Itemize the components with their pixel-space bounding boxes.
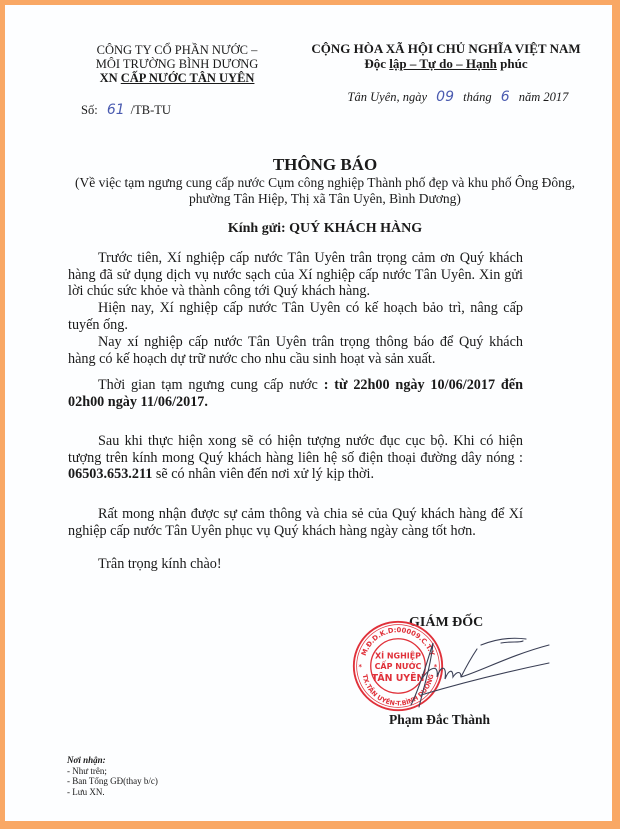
notice-title: THÔNG BÁO xyxy=(65,155,585,175)
issuer-line-1: CÔNG TY CỔ PHẦN NƯỚC – xyxy=(77,43,277,57)
recipients-header: Nơi nhận: xyxy=(67,755,158,766)
paragraph-thanks: Trước tiên, Xí nghiệp cấp nước Tân Uyên … xyxy=(68,250,523,300)
national-header: CỘNG HÒA XÃ HỘI CHỦ NGHĨA VIỆT NAM Độc l… xyxy=(301,41,591,71)
issuer-unit: CẤP NƯỚC TÂN UYÊN xyxy=(121,71,255,85)
recipient-item: - Ban Tổng GĐ(thay b/c) xyxy=(67,776,158,787)
motto-suffix: phúc xyxy=(497,56,528,71)
hotline-number: 06503.653.211 xyxy=(68,466,152,482)
date-line: Tân Uyên, ngày 09 tháng 6 năm 2017 xyxy=(323,89,593,105)
number-label: Số: xyxy=(81,103,98,117)
document-page: CÔNG TY CỔ PHẦN NƯỚC – MÔI TRƯỜNG BÌNH D… xyxy=(5,5,612,821)
outage-label: Thời gian tạm ngưng cung cấp nước xyxy=(98,377,324,393)
svg-text:*: * xyxy=(359,663,363,671)
issuer-block: CÔNG TY CỔ PHẦN NƯỚC – MÔI TRƯỜNG BÌNH D… xyxy=(77,43,277,85)
national-motto: Độc lập – Tự do – Hạnh phúc xyxy=(301,56,591,71)
subtitle-line-2: phường Tân Hiệp, Thị xã Tân Uyên, Bình D… xyxy=(65,191,585,207)
recipients-block: Nơi nhận: - Như trên; - Ban Tổng GĐ(thay… xyxy=(67,755,158,797)
paragraph-announcement: Nay xí nghiệp cấp nước Tân Uyên trân trọ… xyxy=(68,334,523,367)
paragraph-closing: Rất mong nhận được sự cảm thông và chia … xyxy=(68,506,523,539)
issuer-line-3: XN CẤP NƯỚC TÂN UYÊN xyxy=(77,71,277,85)
date-place: Tân Uyên, ngày xyxy=(348,90,428,104)
nation-title: CỘNG HÒA XÃ HỘI CHỦ NGHĨA VIỆT NAM xyxy=(301,41,591,56)
number-suffix: /TB-TU xyxy=(131,103,171,117)
signatory-name: Phạm Đắc Thành xyxy=(389,712,490,728)
recipient-item: - Như trên; xyxy=(67,766,158,777)
paragraph-regards: Trân trọng kính chào! xyxy=(68,556,523,573)
greeting: Kính gửi: QUÝ KHÁCH HÀNG xyxy=(65,221,585,237)
hotline-text: Sau khi thực hiện xong sẽ có hiện tượng … xyxy=(68,433,523,466)
date-month: 6 xyxy=(495,89,516,105)
notice-subtitle: (Về việc tạm ngưng cung cấp nước Cụm côn… xyxy=(65,175,585,207)
number-handwritten: 61 xyxy=(101,102,131,118)
motto-underlined: lập – Tự do – Hạnh xyxy=(389,56,497,71)
subtitle-line-1: (Về việc tạm ngưng cung cấp nước Cụm côn… xyxy=(65,175,585,191)
date-month-label: tháng xyxy=(463,90,491,104)
hotline-text-after: sẽ có nhân viên đến nơi xử lý kịp thời. xyxy=(152,466,374,482)
issuer-line-2: MÔI TRƯỜNG BÌNH DƯƠNG xyxy=(77,57,277,71)
paragraph-hotline: Sau khi thực hiện xong sẽ có hiện tượng … xyxy=(68,433,523,483)
date-day: 09 xyxy=(430,89,460,105)
document-number: Số: 61/TB-TU xyxy=(81,102,171,118)
paragraph-maintenance: Hiện nay, Xí nghiệp cấp nước Tân Uyên có… xyxy=(68,300,523,333)
date-year: năm 2017 xyxy=(519,90,569,104)
paragraph-outage-time: Thời gian tạm ngưng cung cấp nước : từ 2… xyxy=(68,377,523,410)
handwritten-signature-icon xyxy=(401,635,551,715)
motto-prefix: Độc xyxy=(364,56,389,71)
issuer-prefix: XN xyxy=(100,71,121,85)
recipient-item: - Lưu XN. xyxy=(67,787,158,798)
